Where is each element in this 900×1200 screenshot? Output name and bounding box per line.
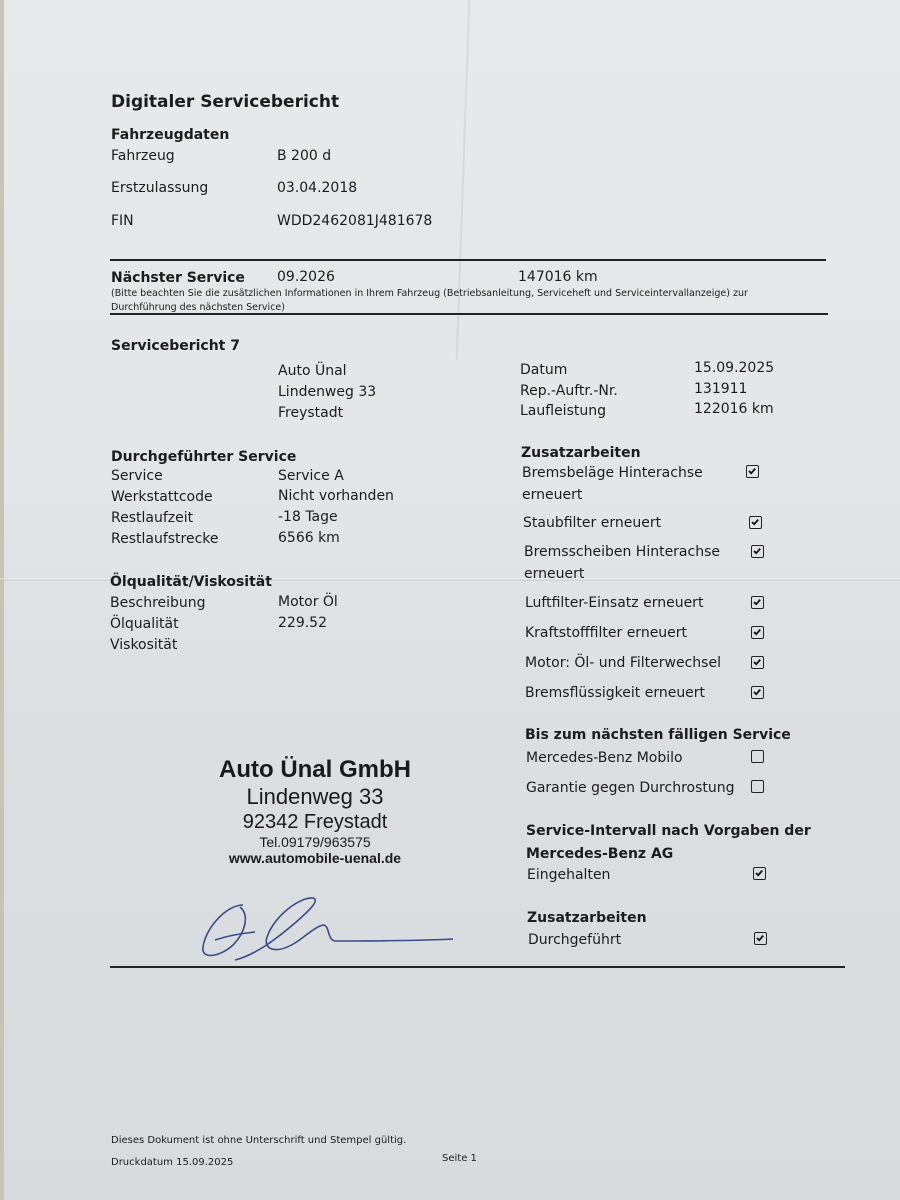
checkmark-icon: [750, 517, 760, 527]
extra-item-label: Bremsbeläge Hinterachse: [522, 465, 703, 481]
workshop-street: Lindenweg 33: [278, 384, 376, 400]
remaining-distance-label: Restlaufstrecke: [111, 531, 219, 547]
service-label: Service: [111, 468, 163, 484]
workshop-name: Auto Ünal: [278, 363, 347, 379]
interval-heading-2: Mercedes-Benz AG: [526, 846, 673, 862]
viscosity-label: Viskosität: [110, 637, 177, 653]
extra-item-label: Bremsscheiben Hinterachse: [524, 544, 720, 560]
checkbox-rear-brake-discs[interactable]: [751, 545, 764, 558]
next-service-note: (Bitte beachten Sie die zusätzlichen Inf…: [111, 288, 748, 299]
checkbox-air-filter[interactable]: [751, 596, 764, 609]
company-stamp: Auto Ünal GmbH Lindenweg 33 92342 Freyst…: [205, 756, 425, 867]
checkmark-icon: [747, 466, 757, 476]
next-service-note-2: Durchführung des nächsten Service): [111, 302, 285, 313]
divider: [110, 259, 826, 261]
next-service-mileage: 147016 km: [518, 269, 598, 285]
oil-description-value: Motor Öl: [278, 594, 338, 610]
checkbox-dust-filter[interactable]: [749, 516, 762, 529]
paper-edge: [0, 0, 4, 1200]
checkbox-rust-warranty[interactable]: [751, 780, 764, 793]
checkbox-brake-fluid[interactable]: [751, 686, 764, 699]
oil-quality-label: Ölqualität: [110, 616, 179, 632]
report-heading: Servicebericht 7: [111, 338, 240, 354]
workshop-city: Freystadt: [278, 405, 343, 421]
workshop-code-label: Werkstattcode: [111, 489, 213, 505]
interval-heading: Service-Intervall nach Vorgaben der: [526, 823, 811, 839]
extra-item-label: Luftfilter-Einsatz erneuert: [525, 595, 703, 611]
order-number-value: 131911: [694, 381, 747, 397]
extra-done-label: Durchgeführt: [528, 932, 621, 948]
checkbox-fuel-filter[interactable]: [751, 626, 764, 639]
registration-label: Erstzulassung: [111, 180, 208, 196]
mobilo-label: Mercedes-Benz Mobilo: [526, 750, 683, 766]
performed-heading: Durchgeführter Service: [111, 449, 296, 465]
vehicle-label: Fahrzeug: [111, 148, 175, 164]
rust-warranty-label: Garantie gegen Durchrostung: [526, 780, 735, 796]
document-title: Digitaler Servicebericht: [111, 92, 339, 112]
paper-crease: [456, 0, 471, 360]
extra-item-label-2: erneuert: [524, 566, 584, 582]
date-label: Datum: [520, 362, 567, 378]
vehicle-heading: Fahrzeugdaten: [111, 127, 229, 143]
service-value: Service A: [278, 468, 344, 484]
extra-item-label: Bremsflüssigkeit erneuert: [525, 685, 705, 701]
extra-item-label: Staubfilter erneuert: [523, 515, 661, 531]
checkmark-icon: [754, 868, 764, 878]
oil-description-label: Beschreibung: [110, 595, 206, 611]
interval-kept-label: Eingehalten: [527, 867, 610, 883]
vin-value: WDD2462081J481678: [277, 213, 432, 229]
extra-item-label: Kraftstofffilter erneuert: [525, 625, 687, 641]
mileage-label: Laufleistung: [520, 403, 606, 419]
checkmark-icon: [752, 597, 762, 607]
oil-heading: Ölqualität/Viskosität: [110, 574, 272, 590]
stamp-phone: Tel.09179/963575: [205, 834, 425, 850]
divider: [110, 313, 828, 315]
validity-note: Dieses Dokument ist ohne Unterschrift un…: [111, 1135, 406, 1146]
checkbox-interval-kept[interactable]: [753, 867, 766, 880]
divider: [110, 966, 845, 968]
order-number-label: Rep.-Auftr.-Nr.: [520, 383, 618, 399]
checkmark-icon: [755, 933, 765, 943]
registration-value: 03.04.2018: [277, 180, 357, 196]
checkmark-icon: [752, 627, 762, 637]
vin-label: FIN: [111, 213, 134, 229]
checkbox-rear-brake-pads[interactable]: [746, 465, 759, 478]
next-service-label: Nächster Service: [111, 270, 245, 286]
signature: [195, 885, 465, 965]
stamp-company: Auto Ünal GmbH: [205, 756, 425, 784]
stamp-city: 92342 Freystadt: [205, 810, 425, 834]
extra-item-label-2: erneuert: [522, 487, 582, 503]
page-number: Seite 1: [442, 1153, 477, 1164]
oil-quality-value: 229.52: [278, 615, 327, 631]
checkbox-mobilo[interactable]: [751, 750, 764, 763]
next-service-date: 09.2026: [277, 269, 335, 285]
workshop-code-value: Nicht vorhanden: [278, 488, 394, 504]
checkbox-extra-done[interactable]: [754, 932, 767, 945]
remaining-distance-value: 6566 km: [278, 530, 340, 546]
checkbox-oil-change[interactable]: [751, 656, 764, 669]
stamp-web: www.automobile-uenal.de: [205, 850, 425, 867]
checkmark-icon: [752, 546, 762, 556]
remaining-time-label: Restlaufzeit: [111, 510, 193, 526]
mileage-value: 122016 km: [694, 401, 774, 417]
remaining-time-value: -18 Tage: [278, 509, 338, 525]
checkmark-icon: [752, 657, 762, 667]
checkmark-icon: [752, 687, 762, 697]
extra-item-label: Motor: Öl- und Filterwechsel: [525, 655, 721, 671]
date-value: 15.09.2025: [694, 360, 774, 376]
stamp-street: Lindenweg 33: [205, 784, 425, 810]
extra-done-heading: Zusatzarbeiten: [527, 910, 647, 926]
print-date: Druckdatum 15.09.2025: [111, 1157, 233, 1168]
vehicle-value: B 200 d: [277, 148, 331, 164]
until-next-heading: Bis zum nächsten fälligen Service: [525, 727, 791, 743]
extra-work-heading: Zusatzarbeiten: [521, 445, 641, 461]
